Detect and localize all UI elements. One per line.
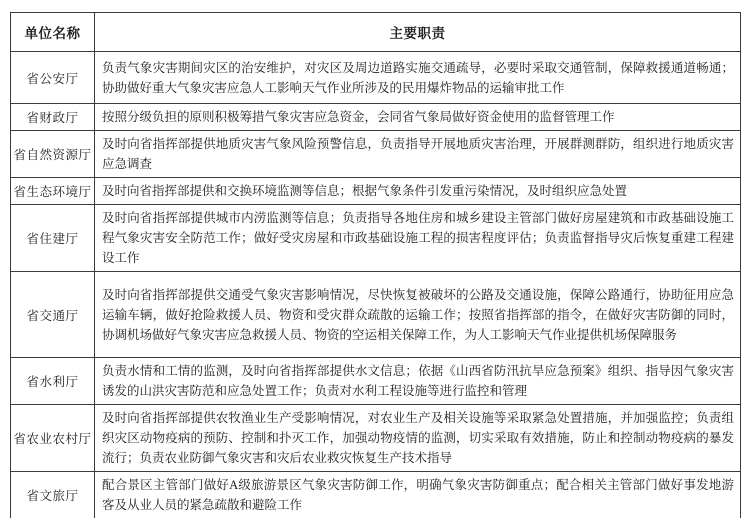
duty-text-cell: 按照分级负担的原则积极筹措气象灾害应急资金，会同省气象局做好资金使用的监督管理工… [95,104,741,131]
header-unit-name: 单位名称 [11,13,95,52]
table-body: 省公安厅 负责气象灾害期间灾区的治安维护，对灾区及周边道路实施交通疏导，必要时采… [11,52,741,518]
duty-text-cell: 及时向省指挥部提供城市内涝监测等信息；负责指导各地住房和城乡建设主管部门做好房屋… [95,205,741,272]
unit-name-cell: 省自然资源厅 [11,131,95,178]
table-row: 省水利厅 负责水情和工情的监测，及时向省指挥部提供水文信息；依据《山西省防汛抗旱… [11,358,741,405]
unit-name-cell: 省财政厅 [11,104,95,131]
unit-name-cell: 省住建厅 [11,205,95,272]
duty-text-cell: 及时向省指挥部提供农牧渔业生产受影响情况，对农业生产及相关设施等采取紧急处置措施… [95,405,741,472]
unit-name-cell: 省交通厅 [11,272,95,358]
duty-text-cell: 负责气象灾害期间灾区的治安维护，对灾区及周边道路实施交通疏导，必要时采取交通管制… [95,52,741,104]
unit-name-cell: 省公安厅 [11,52,95,104]
table-row: 省交通厅 及时向省指挥部提供交通受气象灾害影响情况，尽快恢复被破坏的公路及交通设… [11,272,741,358]
table-row: 省农业农村厅 及时向省指挥部提供农牧渔业生产受影响情况，对农业生产及相关设施等采… [11,405,741,472]
document-page: 单位名称 主要职责 省公安厅 负责气象灾害期间灾区的治安维护，对灾区及周边道路实… [0,0,749,518]
duties-table: 单位名称 主要职责 省公安厅 负责气象灾害期间灾区的治安维护，对灾区及周边道路实… [10,12,741,518]
unit-name-cell: 省生态环境厅 [11,178,95,205]
unit-name-cell: 省水利厅 [11,358,95,405]
duty-text-cell: 配合景区主管部门做好A级旅游景区气象灾害防御工作，明确气象灾害防御重点；配合相关… [95,472,741,518]
duty-text-cell: 及时向省指挥部提供地质灾害气象风险预警信息，负责指导开展地质灾害治理，开展群测群… [95,131,741,178]
unit-name-cell: 省文旅厅 [11,472,95,518]
table-row: 省生态环境厅 及时向省指挥部提供和交换环境监测等信息；根据气象条件引发重污染情况… [11,178,741,205]
duty-text-cell: 及时向省指挥部提供和交换环境监测等信息；根据气象条件引发重污染情况，及时组织应急… [95,178,741,205]
duty-text-cell: 负责水情和工情的监测，及时向省指挥部提供水文信息；依据《山西省防汛抗旱应急预案》… [95,358,741,405]
table-row: 省财政厅 按照分级负担的原则积极筹措气象灾害应急资金，会同省气象局做好资金使用的… [11,104,741,131]
header-main-duties: 主要职责 [95,13,741,52]
duty-text-cell: 及时向省指挥部提供交通受气象灾害影响情况，尽快恢复被破坏的公路及交通设施，保障公… [95,272,741,358]
table-row: 省自然资源厅 及时向省指挥部提供地质灾害气象风险预警信息，负责指导开展地质灾害治… [11,131,741,178]
header-row: 单位名称 主要职责 [11,13,741,52]
table-row: 省住建厅 及时向省指挥部提供城市内涝监测等信息；负责指导各地住房和城乡建设主管部… [11,205,741,272]
table-row: 省公安厅 负责气象灾害期间灾区的治安维护，对灾区及周边道路实施交通疏导，必要时采… [11,52,741,104]
table-row: 省文旅厅 配合景区主管部门做好A级旅游景区气象灾害防御工作，明确气象灾害防御重点… [11,472,741,518]
unit-name-cell: 省农业农村厅 [11,405,95,472]
